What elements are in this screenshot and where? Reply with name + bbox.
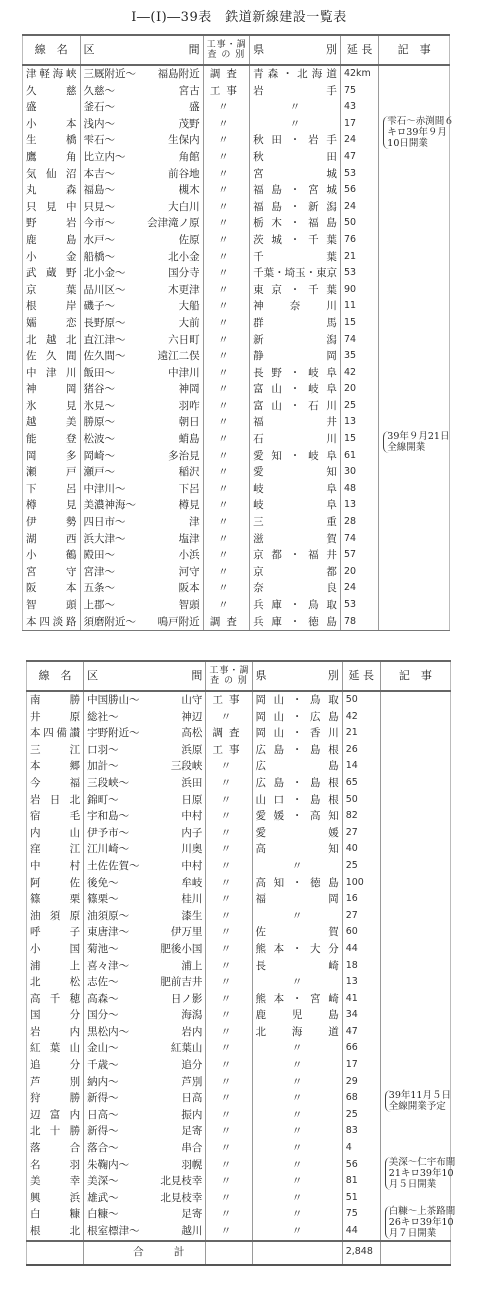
table-row: 落合落合～串合〃〃4 [27, 1140, 451, 1157]
prefecture: 熊本・宮崎 [252, 991, 342, 1008]
section-to: 朝日 [179, 414, 200, 431]
prefecture: 愛知 [250, 464, 341, 481]
section-to: 塩津 [179, 531, 200, 548]
line-name: 小本 [23, 116, 81, 133]
section-to: 阪本 [179, 580, 200, 597]
remarks-cell [380, 974, 450, 991]
line-name: 樽見 [23, 497, 81, 514]
section-to: 振内 [181, 1107, 202, 1124]
prefecture: 鹿児島 [252, 1007, 342, 1024]
line-name: 根北 [27, 1223, 84, 1241]
table-row: 狩勝新得～日高〃〃6839年11月５日全線開業予定 [27, 1090, 451, 1107]
remarks-cell [380, 924, 450, 941]
section: 錦町～日原 [84, 792, 206, 809]
length: 24 [340, 199, 378, 216]
remarks-cell [379, 215, 450, 232]
table-row: 浦上喜々津～浦上〃長崎18 [27, 958, 451, 975]
section-to: 角館 [179, 149, 200, 166]
prefecture: 滋賀 [250, 531, 341, 548]
section-from: 喜々津～ [87, 958, 129, 975]
remarks-cell [380, 891, 450, 908]
section-to: 肥前吉井 [160, 974, 202, 991]
section: 中国勝山～山守 [84, 691, 206, 709]
prefecture: 岐阜 [250, 497, 341, 514]
table-row: 越美勝原～朝日〃福井13 [23, 414, 450, 431]
section: 落合～串合 [84, 1140, 206, 1157]
work-type: 〃 [206, 875, 252, 892]
length: 20 [340, 381, 378, 398]
line-name: 小金 [23, 249, 81, 266]
section-to: 日ノ影 [171, 991, 203, 1008]
table-header-row: 線 名 区間 工事・調査 の 別 県別 延 長 記 事 [27, 661, 451, 691]
prefecture: 岡山・鳥取 [252, 691, 342, 709]
work-type: 〃 [203, 531, 249, 548]
prefecture: 〃 [252, 1040, 342, 1057]
line-name: 中津川 [23, 365, 81, 382]
section-from: 今市～ [84, 215, 116, 232]
work-type: 〃 [203, 149, 249, 166]
remarks-cell [379, 182, 450, 199]
work-type: 〃 [206, 1140, 252, 1157]
work-type: 工事 [206, 691, 252, 709]
section: 三厩附近～福島附近 [80, 65, 203, 83]
section-from: 雄武～ [87, 1190, 119, 1207]
section-to: 北小金 [168, 249, 200, 266]
section: 土佐佐賀～中村 [84, 858, 206, 875]
table-row: 嬬恋長野原～大前〃群馬15 [23, 315, 450, 332]
section-to: 紅葉山 [171, 1040, 203, 1057]
section-from: 千歳～ [87, 1057, 119, 1074]
length: 11 [340, 298, 378, 315]
prefecture: 福島・新潟 [250, 199, 341, 216]
prefecture: 高知 [252, 841, 342, 858]
section: 金山～紅葉山 [84, 1040, 206, 1057]
section: 喜々津～浦上 [84, 958, 206, 975]
work-type: 〃 [203, 597, 249, 614]
section: 宇和島～中村 [84, 808, 206, 825]
remarks-cell [380, 775, 450, 792]
line-name: 呼子 [27, 924, 84, 941]
header-length: 延 長 [340, 35, 378, 65]
section: 瀬戸～稲沢 [80, 464, 203, 481]
prefecture: 岩手 [250, 83, 341, 100]
length: 17 [342, 1057, 380, 1074]
line-name: 丸森 [23, 182, 81, 199]
work-type: 〃 [203, 497, 249, 514]
prefecture: 〃 [252, 1140, 342, 1157]
length: 53 [340, 265, 378, 282]
length: 44 [342, 1223, 380, 1241]
length: 24 [340, 132, 378, 149]
section-to: 津 [189, 514, 200, 531]
length: 34 [342, 1007, 380, 1024]
line-name: 根岸 [23, 298, 81, 315]
table-row: 呼子東唐津～伊万里〃佐賀60 [27, 924, 451, 941]
remarks-cell [379, 580, 450, 597]
section-from: 中津川～ [84, 481, 126, 498]
section-to: 浦上 [181, 958, 202, 975]
length: 56 [342, 1157, 380, 1174]
work-type: 〃 [206, 1040, 252, 1057]
table-row: 鷹角比立内～角館〃秋田47 [23, 149, 450, 166]
section: 宇野附近～高松 [84, 725, 206, 742]
section-to: 国分寺 [168, 265, 200, 282]
prefecture: 広島 [252, 758, 342, 775]
section-to: 北見枝幸 [160, 1190, 202, 1207]
section-from: 金山～ [87, 1040, 119, 1057]
section: 根室標津～越川 [84, 1223, 206, 1241]
section-from: 五条～ [84, 580, 116, 597]
work-type: 〃 [203, 298, 249, 315]
section-to: 海潟 [181, 1007, 202, 1024]
prefecture: 長崎 [252, 958, 342, 975]
section: 口羽～浜原 [84, 742, 206, 759]
section-from: 北小金～ [84, 265, 126, 282]
work-type: 〃 [206, 825, 252, 842]
section-to: 足寄 [181, 1206, 202, 1223]
header-prefecture: 県別 [252, 661, 342, 691]
line-name: 能登 [23, 431, 81, 448]
length: 75 [342, 1206, 380, 1223]
section-from: 美深～ [87, 1173, 119, 1190]
line-name: 三江 [27, 742, 84, 759]
prefecture: 熊本・大分 [252, 941, 342, 958]
work-type: 〃 [206, 908, 252, 925]
remarks-cell [380, 1007, 450, 1024]
prefecture: 広島・島根 [252, 775, 342, 792]
work-type: 〃 [206, 1123, 252, 1140]
line-name: 白糠 [27, 1206, 84, 1223]
work-type: 〃 [203, 116, 249, 133]
remarks-cell [379, 265, 450, 282]
section-from: 志佐～ [87, 974, 119, 991]
line-name: 美幸 [27, 1173, 84, 1190]
section-from: 美濃神海～ [84, 497, 137, 514]
line-name: 生橋 [23, 132, 81, 149]
work-type: 〃 [206, 1074, 252, 1091]
length: 56 [340, 182, 378, 199]
work-type: 〃 [206, 1223, 252, 1241]
line-name: 紅葉山 [27, 1040, 84, 1057]
remarks-cell [379, 614, 450, 631]
work-type: 〃 [206, 709, 252, 726]
section-from: 朱鞠内～ [87, 1157, 129, 1174]
work-type: 〃 [203, 232, 249, 249]
table-row: 北十勝新得～足寄〃〃83 [27, 1123, 451, 1140]
work-type: 〃 [206, 808, 252, 825]
section-from: 総社～ [87, 709, 119, 726]
section: 加計～三段峡 [84, 758, 206, 775]
line-name: 嬬恋 [23, 315, 81, 332]
work-type: 〃 [206, 758, 252, 775]
work-type: 〃 [203, 448, 249, 465]
remarks-cell [380, 991, 450, 1008]
remarks-cell [379, 132, 450, 149]
table-row: 野岩今市～会津滝ノ原〃栃木・福島50 [23, 215, 450, 232]
table-row: 窪江江川崎～川奥〃高知40 [27, 841, 451, 858]
prefecture: 兵庫・徳島 [250, 614, 341, 631]
table-row: 宮守宮津～河守〃京都20 [23, 564, 450, 581]
section-to: 肥後小国 [160, 941, 202, 958]
work-type: 〃 [206, 1173, 252, 1190]
total-length: 2,848 [342, 1241, 380, 1265]
remarks-cell [380, 958, 450, 975]
line-name: 鷹角 [23, 149, 81, 166]
length: 28 [340, 514, 378, 531]
work-type: 調査 [206, 725, 252, 742]
length: 53 [340, 166, 378, 183]
remarks-cell [379, 448, 450, 465]
work-type: 〃 [206, 1190, 252, 1207]
remarks-cell: 39年９月21日全線開業 [379, 431, 450, 448]
section-to: 芦別 [181, 1074, 202, 1091]
line-name: 井原 [27, 709, 84, 726]
line-name: 下呂 [23, 481, 81, 498]
table-row: 南勝中国勝山～山守工事岡山・鳥取50 [27, 691, 451, 709]
section-to: 河守 [179, 564, 200, 581]
header-prefecture: 県別 [250, 35, 341, 65]
section-from: 江川崎～ [87, 841, 129, 858]
section-from: 錦町～ [87, 792, 119, 809]
section-from: 浜大津～ [84, 531, 126, 548]
line-name: 岡多 [23, 448, 81, 465]
length: 47 [340, 149, 378, 166]
section-from: 落合～ [87, 1140, 119, 1157]
table-row: 小本浅内～茂野〃〃17雫石～赤渕間６キロ39年９月10日開業 [23, 116, 450, 133]
prefecture: 京都 [250, 564, 341, 581]
remarks-cell [379, 232, 450, 249]
section-to: 岩内 [181, 1024, 202, 1041]
length: 78 [340, 614, 378, 631]
remarks-cell [380, 825, 450, 842]
section-to: 生保内 [168, 132, 200, 149]
section-to: 宮古 [179, 83, 200, 100]
section-to: 大前 [179, 315, 200, 332]
section-from: 上郡～ [84, 597, 116, 614]
section-to: 桂川 [181, 891, 202, 908]
section-from: 直江津～ [84, 332, 126, 349]
work-type: 〃 [203, 514, 249, 531]
table-row: 興浜雄武～北見枝幸〃〃51 [27, 1190, 451, 1207]
work-type: 〃 [203, 199, 249, 216]
remarks-cell [380, 1173, 450, 1190]
section-from: 伊予市～ [87, 825, 129, 842]
remarks-cell [379, 481, 450, 498]
table-row: 北越北直江津～六日町〃新潟74 [23, 332, 450, 349]
work-type: 〃 [206, 1206, 252, 1223]
work-type: 〃 [203, 315, 249, 332]
line-name: 名羽 [27, 1157, 84, 1174]
length: 27 [342, 825, 380, 842]
section-from: 只見～ [84, 199, 116, 216]
section-from: 本吉～ [84, 166, 116, 183]
prefecture: 岡山・広島 [252, 709, 342, 726]
line-name: 京葉 [23, 282, 81, 299]
length: 25 [342, 1107, 380, 1124]
table-row: 小金船橋～北小金〃千葉21 [23, 249, 450, 266]
section-from: 後免～ [87, 875, 119, 892]
section: 松波～蛸島 [80, 431, 203, 448]
section: 千歳～追分 [84, 1057, 206, 1074]
remarks-cell [379, 547, 450, 564]
section: 久慈～宮古 [80, 83, 203, 100]
section-to: 蛸島 [179, 431, 200, 448]
section: 釜石～盛 [80, 99, 203, 116]
table-row: 辺富内日高～振内〃〃25 [27, 1107, 451, 1124]
section: 美深～北見枝幸 [84, 1173, 206, 1190]
section-from: 日高～ [87, 1107, 119, 1124]
table-row: 中村土佐佐賀～中村〃〃25 [27, 858, 451, 875]
table-row: 岡多岡崎～多治見〃愛知・岐阜61 [23, 448, 450, 465]
table-row: 油須原油須原～漆生〃〃27 [27, 908, 451, 925]
prefecture: 秋田 [250, 149, 341, 166]
table-row: 小鶴殿田～小浜〃京都・福井57 [23, 547, 450, 564]
line-name: 高千穂 [27, 991, 84, 1008]
prefecture: 岐阜 [250, 481, 341, 498]
line-name: 越美 [23, 414, 81, 431]
section: 水戸～佐原 [80, 232, 203, 249]
section: 納内～芦別 [84, 1074, 206, 1091]
table-row: 国分国分～海潟〃鹿児島34 [27, 1007, 451, 1024]
remarks-cell [380, 1223, 450, 1241]
header-work-type: 工事・調査 の 別 [206, 661, 252, 691]
section-from: 船橋～ [84, 249, 116, 266]
line-name: 北松 [27, 974, 84, 991]
prefecture: 〃 [252, 1090, 342, 1107]
length: 47 [342, 1024, 380, 1041]
section: 白糠～足寄 [84, 1206, 206, 1223]
table-row: 津軽海峡三厩附近～福島附近調査青森・北海道42km [23, 65, 450, 83]
section-from: 佐久間～ [84, 348, 126, 365]
remarks-cell [379, 564, 450, 581]
work-type: 〃 [203, 464, 249, 481]
prefecture: 〃 [252, 974, 342, 991]
line-name: 小鶴 [23, 547, 81, 564]
table-row: 樽見美濃神海～樽見〃岐阜13 [23, 497, 450, 514]
line-name: 久慈 [23, 83, 81, 100]
prefecture: 宮城 [250, 166, 341, 183]
table-row: 追分千歳～追分〃〃17 [27, 1057, 451, 1074]
section-to: 大船 [179, 298, 200, 315]
work-type: 調査 [203, 614, 249, 631]
prefecture: 栃木・福島 [250, 215, 341, 232]
section-from: 油須原～ [87, 908, 129, 925]
table-row: 岩内黒松内～岩内〃北海道47 [27, 1024, 451, 1041]
length: 43 [340, 99, 378, 116]
table-row: 京葉品川区～木更津〃東京・千葉90 [23, 282, 450, 299]
section-from: 雫石～ [84, 132, 116, 149]
section: 後免～牟岐 [84, 875, 206, 892]
work-type: 〃 [203, 332, 249, 349]
table-row: 下呂中津川～下呂〃岐阜48 [23, 481, 450, 498]
length: 24 [340, 580, 378, 597]
work-type: 〃 [203, 348, 249, 365]
length: 26 [342, 742, 380, 759]
table-row: 三江口羽～浜原工事広島・島根26 [27, 742, 451, 759]
table-row: 能登松波～蛸島〃石川1539年９月21日全線開業 [23, 431, 450, 448]
prefecture: 兵庫・鳥取 [250, 597, 341, 614]
line-name: 武蔵野 [23, 265, 81, 282]
line-name: 佐久間 [23, 348, 81, 365]
section-from: 瀬戸～ [84, 464, 116, 481]
line-name: 宮守 [23, 564, 81, 581]
section-from: 東唐津～ [87, 924, 129, 941]
table-row: 本四備讃宇野附近～高松調査岡山・香川21 [27, 725, 451, 742]
section: 上郡～智頭 [80, 597, 203, 614]
section-to: 日高 [181, 1090, 202, 1107]
length: 83 [342, 1123, 380, 1140]
line-name: 狩勝 [27, 1090, 84, 1107]
section-from: 篠栗～ [87, 891, 119, 908]
section: 朱鞠内～羽幌 [84, 1157, 206, 1174]
table-row: 本四淡路須磨附近～鳴戸附近調査兵庫・徳島78 [23, 614, 450, 631]
section: 伊予市～内子 [84, 825, 206, 842]
remarks-cell [380, 1107, 450, 1124]
section-from: 加計～ [87, 758, 119, 775]
prefecture: 茨城・千葉 [250, 232, 341, 249]
header-remarks: 記 事 [379, 35, 450, 65]
section-to: 智頭 [179, 597, 200, 614]
line-name: 阿佐 [27, 875, 84, 892]
line-name: 北越北 [23, 332, 81, 349]
line-name: 中村 [27, 858, 84, 875]
table-row: 武蔵野北小金～国分寺〃千葉・埼玉・東京53 [23, 265, 450, 282]
remarks-cell [379, 398, 450, 415]
length: 50 [340, 215, 378, 232]
work-type: 〃 [203, 431, 249, 448]
remarks-cell [379, 464, 450, 481]
length: 25 [342, 858, 380, 875]
prefecture: 福島・宮城 [250, 182, 341, 199]
section: 四日市～津 [80, 514, 203, 531]
header-remarks: 記 事 [380, 661, 450, 691]
section-to: 遠江二俣 [158, 348, 200, 365]
section-from: 須磨附近～ [84, 614, 137, 631]
prefecture: 長野・岐阜 [250, 365, 341, 382]
work-type: 〃 [203, 365, 249, 382]
work-type: 〃 [203, 282, 249, 299]
section-from: 中国勝山～ [87, 692, 140, 709]
section-from: 比立内～ [84, 149, 126, 166]
work-type: 〃 [206, 991, 252, 1008]
section: 浜大津～塩津 [80, 531, 203, 548]
line-name: 気仙沼 [23, 166, 81, 183]
prefecture: 広島・島根 [252, 742, 342, 759]
remarks-cell [380, 758, 450, 775]
section-from: 猪谷～ [84, 381, 116, 398]
section-from: 高森～ [87, 991, 119, 1008]
table-row: 美幸美深～北見枝幸〃〃81 [27, 1173, 451, 1190]
prefecture: 佐賀 [252, 924, 342, 941]
length: 13 [342, 974, 380, 991]
section-from: 黒松内～ [87, 1024, 129, 1041]
work-type: 工事 [206, 742, 252, 759]
total-label: 合計 [84, 1241, 206, 1265]
section-from: 飯田～ [84, 365, 116, 382]
section: 美濃神海～樽見 [80, 497, 203, 514]
section: 佐久間～遠江二俣 [80, 348, 203, 365]
table-row: 篠栗篠栗～桂川〃福岡16 [27, 891, 451, 908]
line-name: 北十勝 [27, 1123, 84, 1140]
section-to: 川奥 [181, 841, 202, 858]
prefecture: 福井 [250, 414, 341, 431]
line-name: 鹿島 [23, 232, 81, 249]
table-row: 本郷加計～三段峡〃広島14 [27, 758, 451, 775]
work-type: 〃 [206, 1090, 252, 1107]
section-from: 水戸～ [84, 232, 116, 249]
prefecture: 福岡 [252, 891, 342, 908]
table-row: 名羽朱鞠内～羽幌〃〃56美深～仁宇布間21キロ39年10月５日開業 [27, 1157, 451, 1174]
